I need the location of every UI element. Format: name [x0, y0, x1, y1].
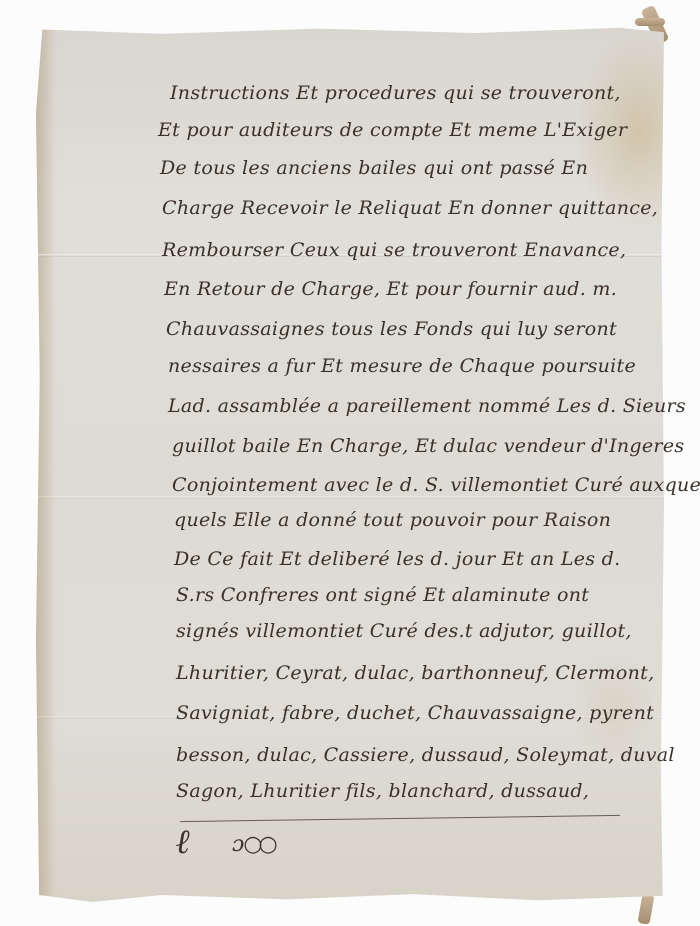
- text-line: Et pour auditeurs de compte Et meme L'Ex…: [158, 119, 627, 141]
- text-line: S.rs Confreres ont signé Et alaminute on…: [176, 584, 589, 606]
- text-line: guillot baile En Charge, Et dulac vendeu…: [172, 435, 684, 457]
- text-line: Chauvassaignes tous les Fonds qui luy se…: [166, 318, 617, 340]
- text-line: nessaires a fur Et mesure de Chaque pour…: [168, 355, 636, 377]
- text-line: Savigniat, fabre, duchet, Chauvassaigne,…: [176, 702, 654, 724]
- text-line: De tous les anciens bailes qui ont passé…: [160, 157, 588, 179]
- text-line: De Ce fait Et deliberé les d. jour Et an…: [174, 548, 620, 570]
- paraph-flourish-icon: ℓ: [176, 822, 191, 862]
- string-tie-top-loop: [635, 18, 665, 26]
- text-line: quels Elle a donné tout pouvoir pour Rai…: [174, 509, 611, 531]
- loop-flourish-icon: ɔ ○○: [232, 832, 274, 857]
- text-line: Sagon, Lhuritier fils, blanchard, dussau…: [176, 780, 589, 802]
- scan-background: Instructions Et procedures qui se trouve…: [0, 0, 700, 926]
- text-line: Conjointement avec le d. S. villemontiet…: [172, 474, 700, 496]
- text-line: En Retour de Charge, Et pour fournir aud…: [164, 278, 617, 300]
- string-tie-bottom: [637, 893, 654, 925]
- text-line: Lad. assamblée a pareillement nommé Les …: [168, 395, 686, 417]
- text-line: signés villemontiet Curé des.t adjutor, …: [176, 620, 632, 642]
- text-line: Lhuritier, Ceyrat, dulac, barthonneuf, C…: [176, 662, 654, 684]
- text-line: Instructions Et procedures qui se trouve…: [170, 82, 621, 104]
- fold-crease: [36, 496, 664, 499]
- text-line: besson, dulac, Cassiere, dussaud, Soleym…: [176, 744, 675, 766]
- text-line: Rembourser Ceux qui se trouveront Enavan…: [162, 239, 626, 261]
- aged-edge: [36, 26, 54, 902]
- text-line: Charge Recevoir le Reliquat En donner qu…: [162, 197, 658, 219]
